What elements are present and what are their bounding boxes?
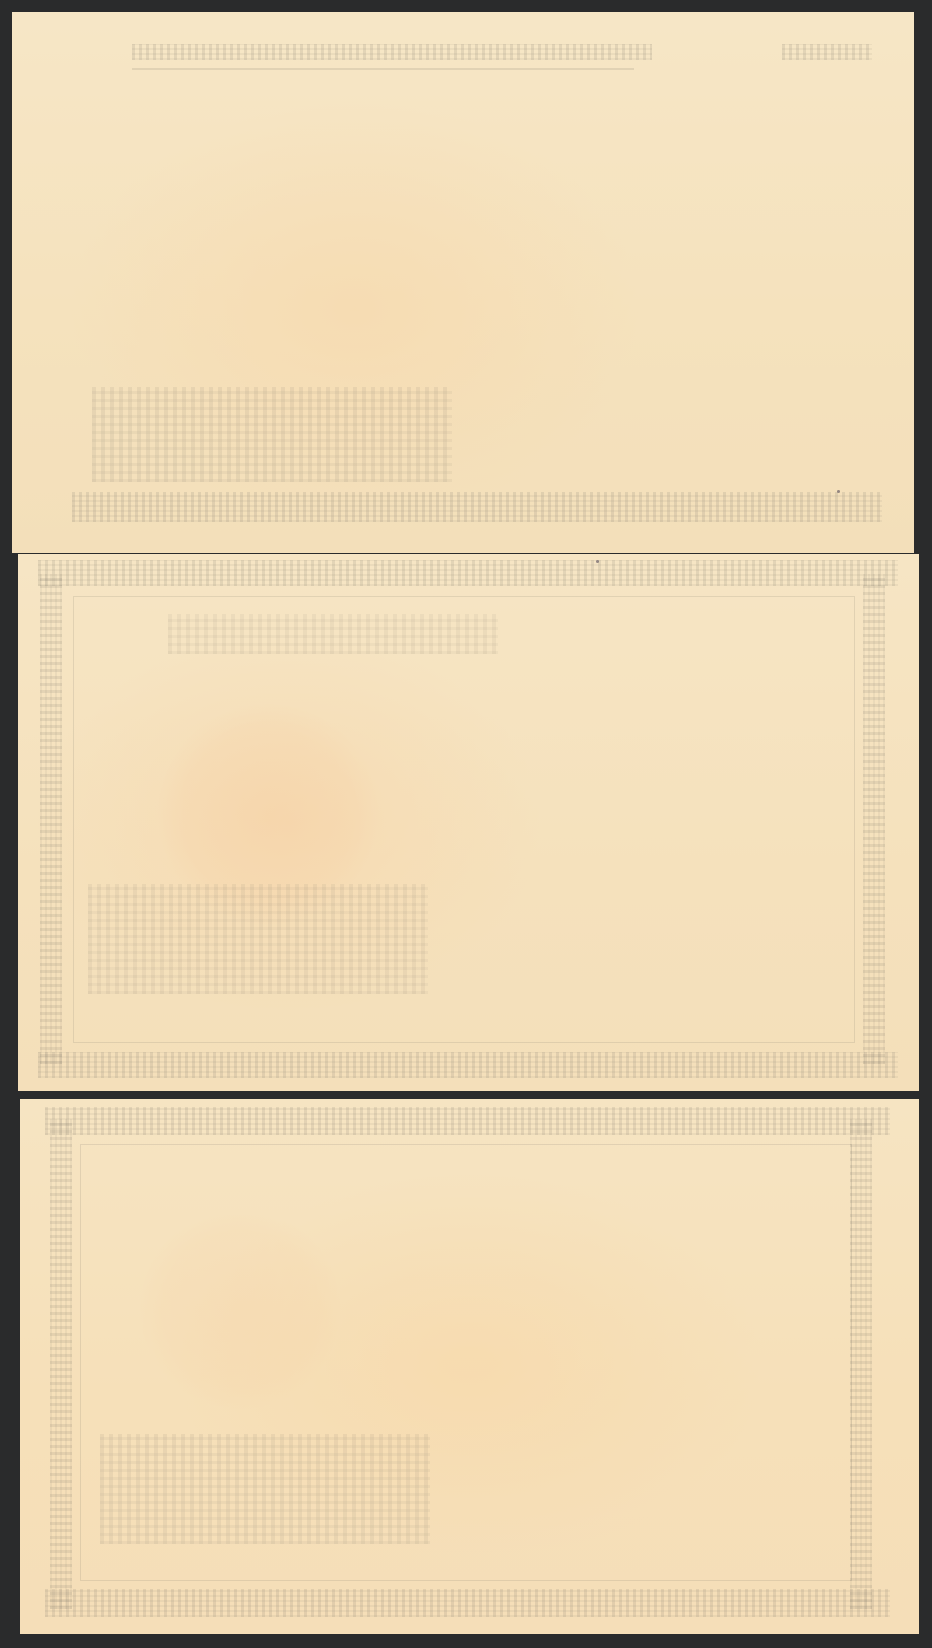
ghost-frame-right bbox=[850, 1119, 872, 1609]
ghost-inner-frame bbox=[73, 596, 855, 1043]
note-card-3 bbox=[20, 1099, 919, 1634]
ink-speck bbox=[596, 560, 599, 563]
paper-texture bbox=[20, 1099, 919, 1634]
ghost-frame-top bbox=[45, 1107, 890, 1135]
ghost-frame-left bbox=[40, 574, 62, 1064]
note-card-2 bbox=[18, 554, 919, 1091]
ghost-frame-bottom bbox=[45, 1589, 890, 1617]
ghost-top-band bbox=[132, 44, 652, 60]
paper-texture bbox=[18, 554, 919, 1091]
ghost-mirrored-lettering bbox=[100, 1434, 430, 1544]
ghost-title-block bbox=[168, 614, 498, 654]
ghost-inner-frame bbox=[80, 1144, 852, 1581]
ink-speck bbox=[837, 490, 840, 493]
ghost-frame-bottom bbox=[38, 1052, 898, 1078]
ghost-top-rule bbox=[132, 68, 634, 70]
ghost-frame-left bbox=[50, 1119, 72, 1609]
ghost-frame-right bbox=[863, 574, 885, 1064]
paper-texture bbox=[12, 12, 914, 553]
ghost-bottom-band bbox=[72, 492, 882, 522]
ghost-top-right-band bbox=[782, 44, 872, 60]
note-card-1 bbox=[12, 12, 914, 553]
ghost-text-block bbox=[92, 387, 452, 482]
ghost-seal bbox=[140, 1209, 340, 1409]
ghost-frame-top bbox=[38, 560, 898, 586]
ghost-text-block bbox=[88, 884, 428, 994]
ghost-seal bbox=[158, 704, 378, 924]
